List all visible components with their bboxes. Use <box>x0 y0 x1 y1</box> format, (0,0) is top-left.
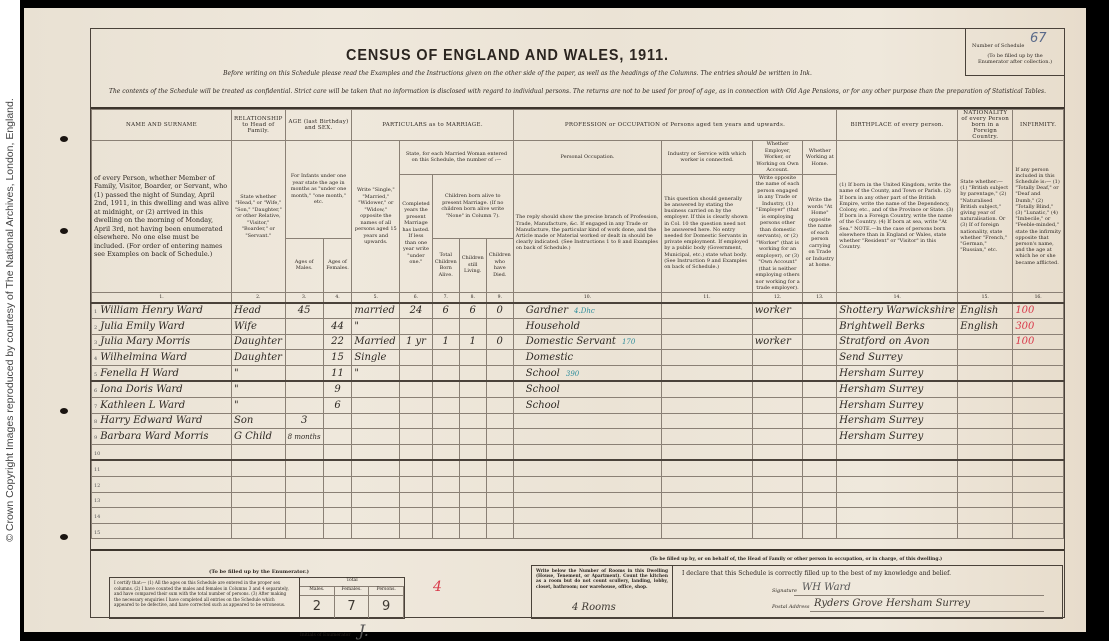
cell-years: 1 yr <box>400 334 433 350</box>
header-ages-males: Ages of Males. <box>285 238 323 292</box>
cell-industry <box>662 508 753 524</box>
cell-age_m <box>285 492 323 508</box>
cell-living <box>459 319 486 335</box>
enumerator-caption: (To be filled up by the Enumerator.) <box>109 569 409 575</box>
value-birthplace: Send Surrey <box>839 352 902 363</box>
value-status: " <box>354 321 359 332</box>
cell-employer <box>752 319 803 335</box>
cell-status <box>352 429 400 445</box>
cell-nationality <box>958 365 1013 381</box>
cell-nationality: English <box>958 303 1013 319</box>
punch-hole-icon <box>60 534 68 540</box>
value-born: 6 <box>443 305 449 316</box>
marriage-status-description: Write "Single," "Married," "Widower," or… <box>352 141 400 293</box>
cell-living <box>459 508 486 524</box>
cell-nationality <box>958 477 1013 493</box>
value-nationality: English <box>960 305 998 316</box>
value-age_m: 45 <box>298 305 311 316</box>
married-woman-description: State, for each Married Woman entered on… <box>400 141 514 175</box>
column-number: 14. <box>837 292 958 303</box>
cell-died <box>486 460 513 476</box>
cell-years: 24 <box>400 303 433 319</box>
occupation-code: 4.Dhc <box>574 307 595 315</box>
cell-age_m <box>285 334 323 350</box>
cell-born: 6 <box>432 303 459 319</box>
person-name: Wilhelmina Ward <box>100 352 187 363</box>
value-birthplace: Hersham Surrey <box>839 368 923 379</box>
cell-living <box>459 398 486 414</box>
value-rel: " <box>234 384 239 395</box>
header-nationality: NATIONALITY of every Person born in a Fo… <box>958 110 1013 141</box>
value-infirmity: 100 <box>1015 305 1034 316</box>
cell-age_m <box>285 365 323 381</box>
row-number: 15 <box>94 530 100 536</box>
cell-born <box>432 444 459 460</box>
cell-industry <box>662 460 753 476</box>
cell-nationality <box>958 334 1013 350</box>
cell-nationality <box>958 429 1013 445</box>
cell-industry <box>662 334 753 350</box>
cell-living <box>459 492 486 508</box>
census-table: NAME AND SURNAME RELATIONSHIP to Head of… <box>91 109 1064 539</box>
total-persons: 9 <box>369 596 404 618</box>
cell-age_f <box>323 303 352 319</box>
value-years: 1 yr <box>406 336 426 347</box>
cell-rel <box>231 477 285 493</box>
cell-employer: worker <box>752 303 803 319</box>
enumerator-box: I certify that:— (1) All the ages on thi… <box>109 577 405 619</box>
cell-infirmity <box>1013 413 1064 429</box>
cell-age_f <box>323 429 352 445</box>
cell-name: 5Fenella H Ward <box>92 365 232 381</box>
rooms-count: 4 Rooms <box>572 602 616 613</box>
column-number: 11. <box>662 292 753 303</box>
cell-died <box>486 350 513 366</box>
cell-age_f: 15 <box>323 350 352 366</box>
home-description: Write the words "At Home" opposite the n… <box>803 174 837 292</box>
table-row: 3Julia Mary MorrisDaughter22Married1 yr1… <box>92 334 1064 350</box>
cell-nationality <box>958 460 1013 476</box>
cell-name: 8Harry Edward Ward <box>92 413 232 429</box>
instruction-text: Before writing on this Schedule please r… <box>91 70 944 77</box>
cell-age_f: 44 <box>323 319 352 335</box>
value-age_f: 44 <box>331 321 344 332</box>
cell-industry <box>662 429 753 445</box>
cell-living: 6 <box>459 303 486 319</box>
cell-living <box>459 413 486 429</box>
table-row: 12 <box>92 477 1064 493</box>
header-ages-females: Ages of Females. <box>323 238 352 292</box>
total-females-label: Females. <box>335 587 370 596</box>
cell-born <box>432 319 459 335</box>
cell-infirmity: 100 <box>1013 334 1064 350</box>
schedule-number: 67 <box>1030 31 1047 46</box>
cell-birthplace: Shottery Warwickshire <box>837 303 958 319</box>
cell-home <box>803 460 837 476</box>
cell-status: Married <box>352 334 400 350</box>
cell-rel: Wife <box>231 319 285 335</box>
occupation-text: Household <box>526 321 580 332</box>
cell-living <box>459 350 486 366</box>
cell-home <box>803 444 837 460</box>
cell-employer <box>752 523 803 539</box>
household-caption: (To be filled up by, or on behalf of, th… <box>531 557 1061 562</box>
cell-infirmity <box>1013 381 1064 397</box>
cell-age_f <box>323 444 352 460</box>
person-name: Barbara Ward Morris <box>100 431 208 442</box>
header-children-living: Children still Living. <box>459 238 486 292</box>
occupation-text: School <box>526 384 560 395</box>
value-birthplace: Hersham Surrey <box>839 384 923 395</box>
cell-living <box>459 477 486 493</box>
cell-years <box>400 319 433 335</box>
header-infirmity: INFIRMITY. <box>1013 110 1064 141</box>
cell-died <box>486 444 513 460</box>
census-schedule-page: CENSUS OF ENGLAND AND WALES, 1911. Befor… <box>24 8 1086 632</box>
cell-industry <box>662 319 753 335</box>
cell-birthplace: Brightwell Berks <box>837 319 958 335</box>
cell-age_f <box>323 477 352 493</box>
cell-died <box>486 508 513 524</box>
cell-home <box>803 492 837 508</box>
copyright-credit: © Crown Copyright Images reproduced by c… <box>0 0 20 641</box>
header-home: Whether Working at Home. <box>803 141 837 175</box>
cell-rel: " <box>231 381 285 397</box>
cell-employer <box>752 413 803 429</box>
cell-age_m <box>285 477 323 493</box>
cell-died <box>486 398 513 414</box>
cell-born <box>432 350 459 366</box>
cell-age_m <box>285 381 323 397</box>
value-rel: Son <box>234 415 253 426</box>
cell-name: 9Barbara Ward Morris <box>92 429 232 445</box>
value-status: Single <box>354 352 386 363</box>
table-row: 15 <box>92 523 1064 539</box>
value-birthplace: Stratford on Avon <box>839 336 929 347</box>
household-box: Write below the Number of Rooms in this … <box>531 565 1063 619</box>
table-row: 9Barbara Ward MorrisG Child8 monthsHersh… <box>92 429 1064 445</box>
cell-nationality <box>958 508 1013 524</box>
value-employer: worker <box>755 305 791 316</box>
cell-birthplace <box>837 492 958 508</box>
cell-age_m <box>285 319 323 335</box>
cell-died <box>486 365 513 381</box>
row-number: 2 <box>94 325 97 331</box>
cell-nationality <box>958 413 1013 429</box>
cell-industry <box>662 365 753 381</box>
value-age_f: 22 <box>331 336 344 347</box>
header-industry: Industry or Service with which worker is… <box>662 141 753 175</box>
cell-employer <box>752 350 803 366</box>
column-number: 7. <box>432 292 459 303</box>
cell-name: 15 <box>92 523 232 539</box>
value-rel: G Child <box>234 431 272 442</box>
value-birthplace: Shottery Warwickshire <box>839 305 955 316</box>
value-infirmity: 300 <box>1015 321 1034 332</box>
industry-description: This question should generally be answer… <box>662 174 753 292</box>
occupation-text: Domestic Servant <box>526 336 616 347</box>
cell-infirmity <box>1013 492 1064 508</box>
cell-employer <box>752 381 803 397</box>
column-number: 8. <box>459 292 486 303</box>
cell-years <box>400 429 433 445</box>
header-children-born: Total Children Born Alive. <box>432 238 459 292</box>
cell-industry <box>662 303 753 319</box>
cell-name: 3Julia Mary Morris <box>92 334 232 350</box>
schedule-frame: CENSUS OF ENGLAND AND WALES, 1911. Befor… <box>90 28 1065 618</box>
cell-nationality <box>958 523 1013 539</box>
cell-died: 0 <box>486 334 513 350</box>
value-born: 1 <box>443 336 449 347</box>
header-profession: PROFESSION or OCCUPATION of Persons aged… <box>513 110 837 141</box>
cell-nationality <box>958 492 1013 508</box>
cell-birthplace: Hersham Surrey <box>837 413 958 429</box>
cell-years <box>400 381 433 397</box>
cell-infirmity <box>1013 444 1064 460</box>
cell-age_m <box>285 460 323 476</box>
value-living: 6 <box>470 305 476 316</box>
cell-industry <box>662 492 753 508</box>
nationality-description: State whether:— (1) "British subject by … <box>958 141 1013 293</box>
value-died: 0 <box>497 336 503 347</box>
cell-born <box>432 381 459 397</box>
person-name: Julia Emily Ward <box>100 321 185 332</box>
table-row: 11 <box>92 460 1064 476</box>
cell-home <box>803 365 837 381</box>
cell-age_f: 11 <box>323 365 352 381</box>
cell-infirmity <box>1013 523 1064 539</box>
cell-infirmity <box>1013 508 1064 524</box>
value-rel: " <box>234 368 239 379</box>
cell-occupation <box>513 444 661 460</box>
confidential-notice: The contents of the Schedule will be tre… <box>101 87 1054 96</box>
schedule-note: (To be filled up by the Enumerator after… <box>972 53 1058 65</box>
row-number: 1 <box>94 309 97 315</box>
cell-nationality <box>958 398 1013 414</box>
cell-birthplace <box>837 508 958 524</box>
cell-years <box>400 365 433 381</box>
cell-name: 2Julia Emily Ward <box>92 319 232 335</box>
cell-occupation <box>513 508 661 524</box>
cell-home <box>803 508 837 524</box>
declaration-text: I declare that this Schedule is correctl… <box>682 570 951 577</box>
name-description: of every Person, whether Member of Famil… <box>92 141 232 293</box>
punch-hole-icon <box>60 136 68 142</box>
header-relationship: RELATIONSHIP to Head of Family. <box>231 110 285 141</box>
relationship-description: State whether "Head," or "Wife," "Son," … <box>231 141 285 293</box>
occupation-code: 390 <box>566 370 579 378</box>
cell-nationality <box>958 444 1013 460</box>
cell-years <box>400 444 433 460</box>
cell-age_f: 22 <box>323 334 352 350</box>
cell-died <box>486 413 513 429</box>
employer-description: Write opposite the name of each person e… <box>752 174 803 292</box>
occupation-text: Domestic <box>526 352 573 363</box>
row-number: 11 <box>94 467 100 473</box>
cell-occupation <box>513 492 661 508</box>
cell-occupation: School <box>513 398 661 414</box>
cell-status <box>352 523 400 539</box>
infirmity-description: If any person included in this Schedule … <box>1013 141 1064 293</box>
cell-infirmity <box>1013 350 1064 366</box>
column-number: 6. <box>400 292 433 303</box>
column-number: 9. <box>486 292 513 303</box>
total-persons-label: Persons. <box>369 587 404 596</box>
row-number: 4 <box>94 356 97 362</box>
person-name: Julia Mary Morris <box>100 336 190 347</box>
value-rel: Daughter <box>234 336 282 347</box>
row-number: 8 <box>94 419 97 425</box>
cell-years <box>400 350 433 366</box>
cell-employer <box>752 492 803 508</box>
cell-infirmity <box>1013 477 1064 493</box>
cell-home <box>803 350 837 366</box>
cell-name: 11 <box>92 460 232 476</box>
page-title: CENSUS OF ENGLAND AND WALES, 1911. <box>133 47 883 65</box>
cell-living <box>459 444 486 460</box>
personal-occupation-description: The reply should show the precise branch… <box>513 174 661 292</box>
table-row: 5Fenella H Ward"11"School390Hersham Surr… <box>92 365 1064 381</box>
person-name: Iona Doris Ward <box>100 384 182 395</box>
header-age: AGE (last Birthday) and SEX. <box>285 110 352 141</box>
cell-birthplace <box>837 460 958 476</box>
cell-employer <box>752 508 803 524</box>
birthplace-description: (1) If born in the United Kingdom, write… <box>837 141 958 293</box>
cell-status <box>352 444 400 460</box>
cell-infirmity <box>1013 460 1064 476</box>
cell-occupation: Domestic Servant170 <box>513 334 661 350</box>
value-status: " <box>354 368 359 379</box>
rooms-box: Write below the Number of Rooms in this … <box>532 566 673 618</box>
cell-home <box>803 477 837 493</box>
address-line <box>810 611 1044 612</box>
cell-birthplace <box>837 477 958 493</box>
cell-name: 6Iona Doris Ward <box>92 381 232 397</box>
header-birthplace: BIRTHPLACE of every person. <box>837 110 958 141</box>
cell-status <box>352 398 400 414</box>
cell-age_m: 45 <box>285 303 323 319</box>
cell-status: " <box>352 365 400 381</box>
column-number: 10. <box>513 292 661 303</box>
cell-rel <box>231 523 285 539</box>
cell-occupation <box>513 429 661 445</box>
cell-living <box>459 381 486 397</box>
cell-name: 10 <box>92 444 232 460</box>
cell-age_m <box>285 508 323 524</box>
cell-age_m <box>285 523 323 539</box>
cell-born <box>432 460 459 476</box>
person-name: Kathleen L Ward <box>100 400 185 411</box>
cell-years <box>400 398 433 414</box>
cell-age_f <box>323 413 352 429</box>
cell-age_m <box>285 398 323 414</box>
cell-status: Single <box>352 350 400 366</box>
cell-died <box>486 523 513 539</box>
rooms-instruction: Write below the Number of Rooms in this … <box>532 566 672 593</box>
table-row: 7Kathleen L Ward"6SchoolHersham Surrey <box>92 398 1064 414</box>
schedule-header: CENSUS OF ENGLAND AND WALES, 1911. Befor… <box>91 29 1064 109</box>
total-males: 2 <box>300 596 335 618</box>
cell-years <box>400 460 433 476</box>
cell-years <box>400 508 433 524</box>
cell-birthplace: Send Surrey <box>837 350 958 366</box>
years-married-description: Completed years the present Marriage has… <box>400 174 433 292</box>
cell-living <box>459 460 486 476</box>
cell-rel: " <box>231 398 285 414</box>
cell-birthplace: Hersham Surrey <box>837 429 958 445</box>
cell-born: 1 <box>432 334 459 350</box>
table-row: 1William Henry WardHead45married24660Gar… <box>92 303 1064 319</box>
punch-hole-icon <box>60 408 68 414</box>
cell-infirmity: 300 <box>1013 319 1064 335</box>
cell-died <box>486 477 513 493</box>
cell-industry <box>662 413 753 429</box>
cell-years <box>400 477 433 493</box>
value-rel: Wife <box>234 321 257 332</box>
value-birthplace: Hersham Surrey <box>839 400 923 411</box>
row-number: 6 <box>94 388 97 394</box>
value-years: 24 <box>410 305 423 316</box>
household-section: (To be filled up by, or on behalf of, th… <box>531 557 1061 562</box>
cell-died <box>486 319 513 335</box>
cell-infirmity <box>1013 429 1064 445</box>
total-females: 7 <box>335 596 370 618</box>
cell-name: 13 <box>92 492 232 508</box>
cell-age_m <box>285 350 323 366</box>
cell-died <box>486 381 513 397</box>
cell-born <box>432 365 459 381</box>
cell-rel: G Child <box>231 429 285 445</box>
cell-industry <box>662 477 753 493</box>
row-number: 9 <box>94 435 97 441</box>
cell-occupation <box>513 413 661 429</box>
cell-age_f: 9 <box>323 381 352 397</box>
table-row: 14 <box>92 508 1064 524</box>
cell-age_f <box>323 460 352 476</box>
cell-status: married <box>352 303 400 319</box>
cell-employer <box>752 398 803 414</box>
cell-years <box>400 413 433 429</box>
value-status: married <box>354 305 395 316</box>
column-number: 13. <box>803 292 837 303</box>
cell-nationality <box>958 350 1013 366</box>
cell-rel <box>231 460 285 476</box>
cell-industry <box>662 381 753 397</box>
column-number: 1. <box>92 292 232 303</box>
cell-rel: Daughter <box>231 350 285 366</box>
cell-birthplace: Hersham Surrey <box>837 381 958 397</box>
cell-living <box>459 523 486 539</box>
cell-status <box>352 508 400 524</box>
table-row: 13 <box>92 492 1064 508</box>
enumerator-certification: I certify that:— (1) All the ages on thi… <box>114 580 294 608</box>
cell-nationality: English <box>958 319 1013 335</box>
cell-employer <box>752 460 803 476</box>
cell-rel: Son <box>231 413 285 429</box>
occupation-text: School <box>526 368 560 379</box>
table-row: 2Julia Emily WardWife44"HouseholdBrightw… <box>92 319 1064 335</box>
red-annotation: 4 <box>433 579 442 595</box>
cell-rel <box>231 508 285 524</box>
value-nationality: English <box>960 321 998 332</box>
row-number: 5 <box>94 372 97 378</box>
header-personal-occupation: Personal Occupation. <box>513 141 661 175</box>
cell-infirmity: 100 <box>1013 303 1064 319</box>
enumerator-section: (To be filled up by the Enumerator.) I c… <box>109 569 409 575</box>
cell-status <box>352 413 400 429</box>
cell-occupation: Domestic <box>513 350 661 366</box>
cell-born <box>432 413 459 429</box>
